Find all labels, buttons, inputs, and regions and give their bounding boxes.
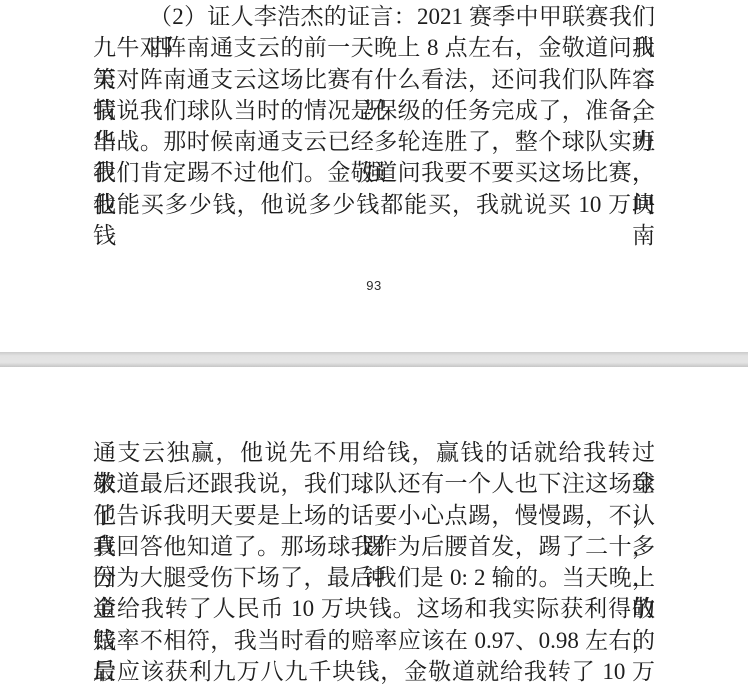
text-line: 出战。那时候南通支云已经多轮连胜了，整个球队实力很强， — [93, 126, 655, 157]
text-line: 赔率不相符，我当时看的赔率应该在 0.97、0.98 左右，最 — [93, 625, 655, 656]
text-line: 因为大腿受伤下场了，最后我们是 0: 2 输的。当天晚上金敬 — [93, 562, 655, 593]
text-line: 我说我们球队当时的情况是保级的任务完成了，准备全华班 — [93, 95, 655, 126]
page-2-text: 通支云独赢，他说先不用给钱，赢钱的话就给我转过来。金 敬道最后还跟我说，我们球队… — [93, 437, 655, 687]
text-line: 道给我转了人民币 10 万块钱。这场和我实际获利得的钱的 — [93, 593, 655, 624]
document-viewer: （2）证人李浩杰的证言：2021 赛季中甲联赛我们四川 九牛对阵南通支云的前一天… — [0, 0, 748, 687]
text-line: 通支云独赢，他说先不用给钱，赢钱的话就给我转过来。金 — [93, 437, 655, 468]
page-number: 93 — [0, 278, 748, 293]
text-line: 敬道最后还跟我说，我们球队还有一个人也下注这场球了， — [93, 468, 655, 499]
text-line: 我们肯定踢不过他们。金敬道问我要不要买这场比赛，我问 — [93, 157, 655, 188]
page-1: （2）证人李浩杰的证言：2021 赛季中甲联赛我们四川 九牛对阵南通支云的前一天… — [0, 0, 748, 352]
text-line: 天对阵南通支云这场比赛有什么看法，还问我们队阵容情况， — [93, 64, 655, 95]
text-line: 后应该获利九万八九千块钱，金敬道就给我转了 10 万块钱。 — [93, 656, 655, 687]
page-separator — [0, 352, 748, 367]
page-1-text: （2）证人李浩杰的证言：2021 赛季中甲联赛我们四川 九牛对阵南通支云的前一天… — [93, 1, 655, 220]
text-line: 我回答他知道了。那场球我作为后腰首发，踢了二十多分钟， — [93, 531, 655, 562]
text-line: （2）证人李浩杰的证言：2021 赛季中甲联赛我们四川 — [93, 1, 655, 32]
text-line: 他能买多少钱，他说多少钱都能买，我就说买 10 万块钱南 — [93, 189, 655, 220]
text-line: 他告诉我明天要是上场的话要小心点踢，慢慢踢，不认真踢， — [93, 500, 655, 531]
text-line: 九牛对阵南通支云的前一天晚上 8 点左右，金敬道问我第二 — [93, 32, 655, 63]
